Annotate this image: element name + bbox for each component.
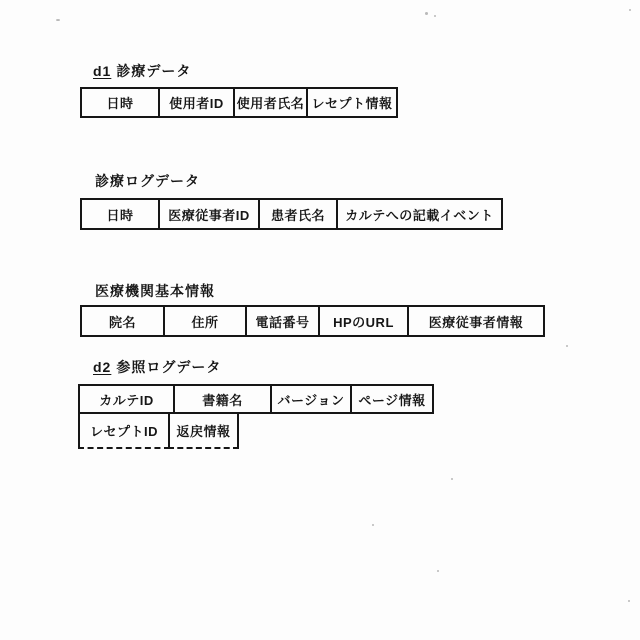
cell-page-info: ページ情報 bbox=[350, 384, 434, 414]
section-title-institution-basic-info: 医療機関基本情報 bbox=[95, 281, 215, 301]
section-title-text: 医療機関基本情報 bbox=[95, 283, 215, 299]
cell-version: バージョン bbox=[270, 384, 352, 414]
scan-speck bbox=[56, 19, 60, 21]
record-table-institution-info: 院名 住所 電話番号 HPのURL 医療従事者情報 bbox=[80, 305, 545, 337]
cell-hospital-name: 院名 bbox=[80, 305, 165, 337]
cell-address: 住所 bbox=[163, 305, 247, 337]
cell-book-title: 書籍名 bbox=[173, 384, 272, 414]
cell-user-name: 使用者氏名 bbox=[233, 87, 308, 118]
record-table-treatment-log: 日時 医療従事者ID 患者氏名 カルテへの記載イベント bbox=[80, 198, 503, 230]
section-title-text: 診療ログデータ bbox=[95, 173, 200, 189]
scan-speck bbox=[451, 478, 453, 480]
section-label-d2: d2 bbox=[93, 359, 111, 375]
cell-receipt-info: レセプト情報 bbox=[306, 87, 398, 118]
section-label-d1: d1 bbox=[93, 63, 111, 79]
section-title-d2-reference-log-data: d2参照ログデータ bbox=[93, 357, 221, 377]
cell-hp-url: HPのURL bbox=[318, 305, 409, 337]
scan-speck bbox=[437, 570, 439, 572]
scan-speck bbox=[372, 524, 374, 526]
scanned-figure-page: d1診療データ 日時 使用者ID 使用者氏名 レセプト情報 診療ログデータ 日時… bbox=[0, 0, 640, 640]
cell-receipt-id: レセプトID bbox=[78, 412, 170, 449]
cell-practitioner-id: 医療従事者ID bbox=[158, 198, 260, 230]
scan-speck bbox=[629, 9, 631, 11]
scan-speck bbox=[566, 345, 568, 347]
cell-user-id: 使用者ID bbox=[158, 87, 235, 118]
cell-datetime: 日時 bbox=[80, 198, 160, 230]
record-table-treatment-data: 日時 使用者ID 使用者氏名 レセプト情報 bbox=[80, 87, 398, 118]
section-title-text: 参照ログデータ bbox=[116, 359, 221, 375]
cell-datetime: 日時 bbox=[80, 87, 160, 118]
section-title-d1-treatment-data: d1診療データ bbox=[93, 61, 191, 81]
scan-speck bbox=[434, 15, 436, 17]
record-table-reference-log-row2: レセプトID 返戻情報 bbox=[78, 412, 239, 449]
section-title-text: 診療データ bbox=[116, 63, 191, 79]
cell-chart-entry-event: カルテへの記載イベント bbox=[336, 198, 503, 230]
section-title-treatment-log-data: 診療ログデータ bbox=[95, 171, 200, 191]
cell-phone-number: 電話番号 bbox=[245, 305, 320, 337]
scan-speck bbox=[628, 600, 630, 602]
scan-speck bbox=[425, 12, 428, 15]
cell-practitioner-info: 医療従事者情報 bbox=[407, 305, 545, 337]
cell-patient-name: 患者氏名 bbox=[258, 198, 338, 230]
cell-return-info: 返戻情報 bbox=[168, 412, 239, 449]
cell-chart-id: カルテID bbox=[78, 384, 175, 414]
record-table-reference-log-row1: カルテID 書籍名 バージョン ページ情報 bbox=[78, 384, 434, 414]
